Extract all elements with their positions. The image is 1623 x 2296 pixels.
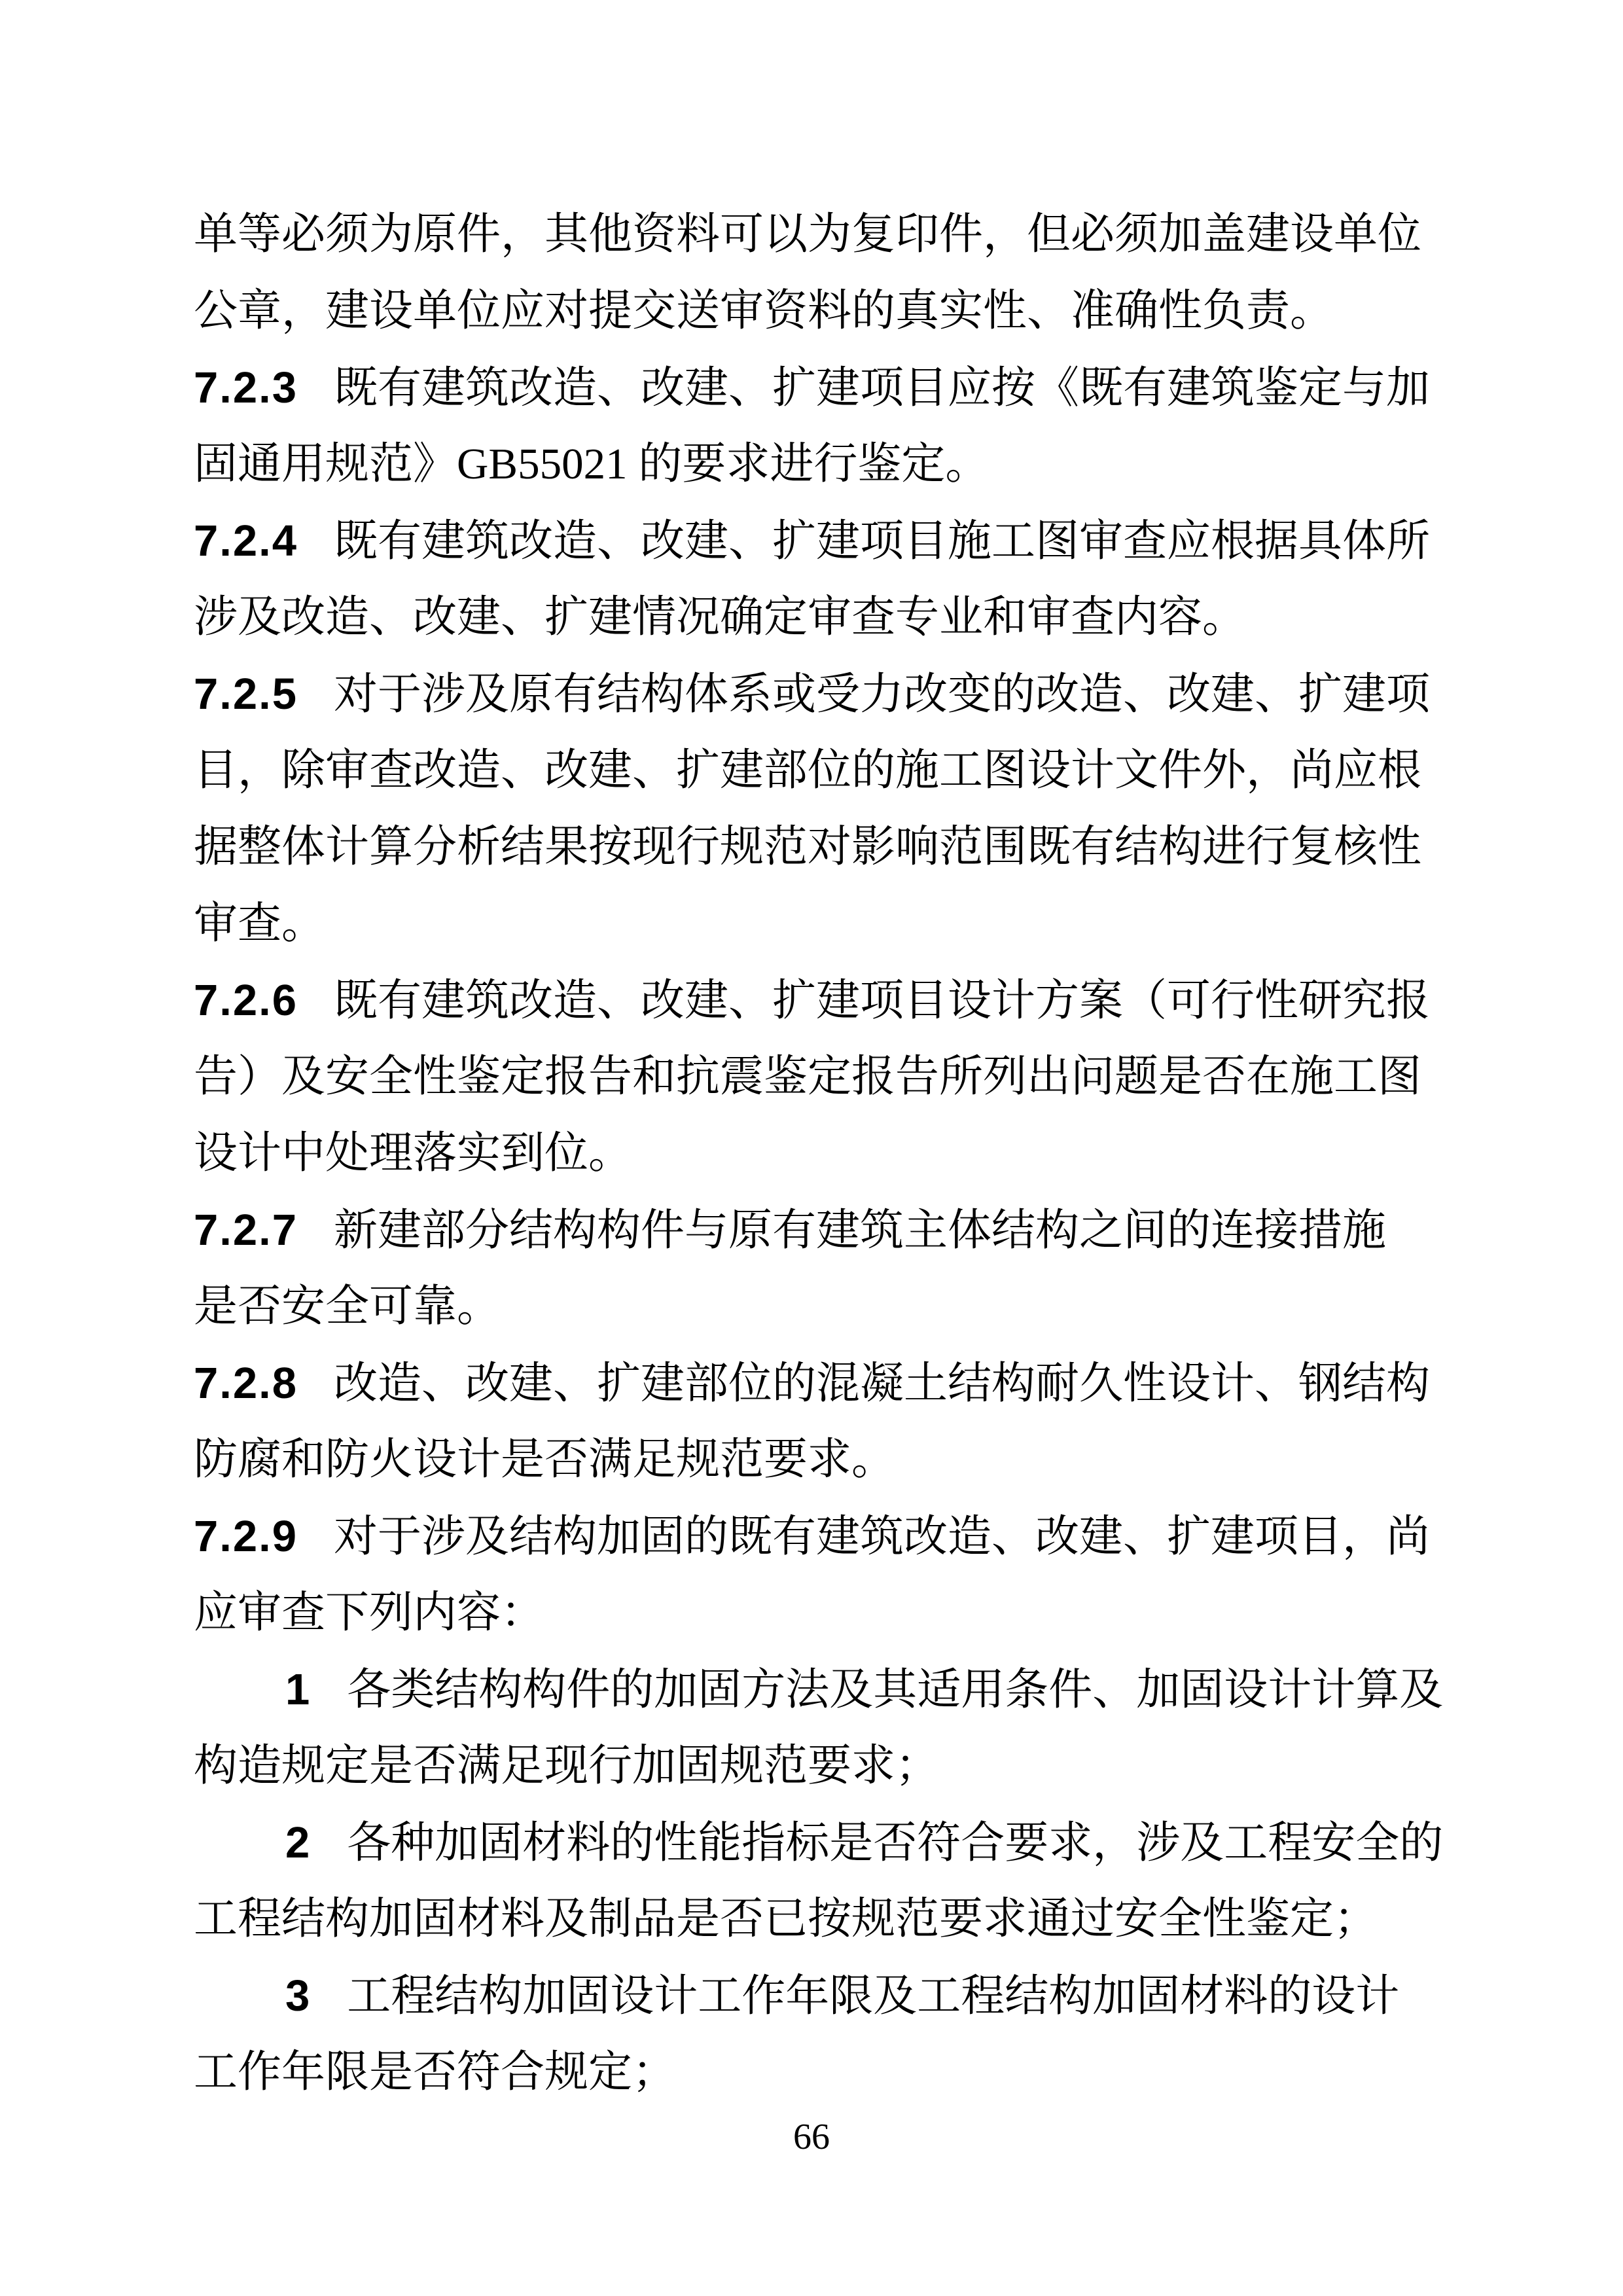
line-text: 既有建筑改造、改建、扩建项目施工图审查应根据具体所 [334,517,1430,565]
line-text: 改造、改建、扩建部位的混凝土结构耐久性设计、钢结构 [334,1359,1430,1408]
text-line: 7.2.5对于涉及原有结构体系或受力改变的改造、改建、扩建项 [194,656,1414,732]
text-line: 7.2.3既有建筑改造、改建、扩建项目应按《既有建筑鉴定与加 [194,350,1414,426]
text-line: 7.2.8改造、改建、扩建部位的混凝土结构耐久性设计、钢结构 [194,1345,1414,1422]
text-line: 据整体计算分析结果按现行规范对影响范围既有结构进行复核性 [194,809,1414,886]
text-line: 告）及安全性鉴定报告和抗震鉴定报告所列出问题是否在施工图 [194,1039,1414,1115]
line-text: 对于涉及原有结构体系或受力改变的改造、改建、扩建项 [334,670,1430,719]
section-number: 7.2.6 [194,976,298,1025]
text-line: 固通用规范》GB55021 的要求进行鉴定。 [194,426,1414,503]
text-line: 是否安全可靠。 [194,1268,1414,1345]
line-text: 防腐和防火设计是否满足规范要求。 [194,1435,895,1484]
text-line: 设计中处理落实到位。 [194,1115,1414,1192]
item-number: 1 [285,1665,311,1714]
line-text: 告）及安全性鉴定报告和抗震鉴定报告所列出问题是否在施工图 [194,1052,1421,1101]
text-line: 审查。 [194,886,1414,962]
text-line: 1各类结构构件的加固方法及其适用条件、加固设计计算及 [194,1651,1414,1728]
line-text: 固通用规范》GB55021 的要求进行鉴定。 [194,440,989,488]
line-text: 审查。 [194,899,325,948]
line-text: 各类结构构件的加固方法及其适用条件、加固设计计算及 [347,1666,1443,1714]
section-number: 7.2.3 [194,363,298,412]
text-line: 7.2.7新建部分结构构件与原有建筑主体结构之间的连接措施 [194,1192,1414,1268]
line-text: 工程结构加固材料及制品是否已按规范要求通过安全性鉴定； [194,1895,1378,1943]
line-text: 涉及改造、改建、扩建情况确定审查专业和审查内容。 [194,593,1246,641]
text-line: 2各种加固材料的性能指标是否符合要求，涉及工程安全的 [194,1804,1414,1881]
line-text: 单等必须为原件，其他资料可以为复印件，但必须加盖建设单位 [194,210,1421,259]
item-number: 3 [285,1971,311,2020]
text-line: 构造规定是否满足现行加固规范要求； [194,1728,1414,1804]
line-text: 新建部分结构构件与原有建筑主体结构之间的连接措施 [334,1206,1386,1255]
text-line: 单等必须为原件，其他资料可以为复印件，但必须加盖建设单位 [194,196,1414,273]
text-line: 7.2.6既有建筑改造、改建、扩建项目设计方案（可行性研究报 [194,962,1414,1039]
text-line: 3工程结构加固设计工作年限及工程结构加固材料的设计 [194,1958,1414,2034]
text-line: 应审查下列内容： [194,1575,1414,1651]
line-text: 目，除审查改造、改建、扩建部位的施工图设计文件外，尚应根 [194,746,1421,795]
page-number: 66 [0,2114,1623,2160]
line-text: 公章，建设单位应对提交送审资料的真实性、准确性负责。 [194,287,1334,335]
text-line: 涉及改造、改建、扩建情况确定审查专业和审查内容。 [194,579,1414,656]
section-number: 7.2.7 [194,1206,298,1255]
text-line: 工程结构加固材料及制品是否已按规范要求通过安全性鉴定； [194,1881,1414,1958]
line-text: 各种加固材料的性能指标是否符合要求，涉及工程安全的 [347,1819,1443,1867]
text-block: 单等必须为原件，其他资料可以为复印件，但必须加盖建设单位 公章，建设单位应对提交… [194,196,1414,2111]
text-line: 公章，建设单位应对提交送审资料的真实性、准确性负责。 [194,273,1414,350]
section-number: 7.2.8 [194,1359,298,1408]
line-text: 既有建筑改造、改建、扩建项目设计方案（可行性研究报 [334,977,1430,1025]
line-text: 据整体计算分析结果按现行规范对影响范围既有结构进行复核性 [194,823,1421,871]
line-text: 应审查下列内容： [194,1588,544,1637]
item-number: 2 [285,1818,311,1867]
line-text: 工程结构加固设计工作年限及工程结构加固材料的设计 [347,1972,1399,2020]
line-text: 对于涉及结构加固的既有建筑改造、改建、扩建项目，尚 [334,1513,1430,1561]
text-line: 工作年限是否符合规定； [194,2034,1414,2111]
section-number: 7.2.9 [194,1512,298,1561]
text-line: 防腐和防火设计是否满足规范要求。 [194,1422,1414,1498]
text-line: 7.2.9对于涉及结构加固的既有建筑改造、改建、扩建项目，尚 [194,1498,1414,1575]
line-text: 既有建筑改造、改建、扩建项目应按《既有建筑鉴定与加 [334,364,1430,412]
line-text: 工作年限是否符合规定； [194,2048,676,2096]
line-text: 构造规定是否满足现行加固规范要求； [194,1742,939,1790]
text-line: 7.2.4既有建筑改造、改建、扩建项目施工图审查应根据具体所 [194,503,1414,579]
section-number: 7.2.5 [194,670,298,719]
line-text: 设计中处理落实到位。 [194,1129,632,1177]
document-page: 单等必须为原件，其他资料可以为复印件，但必须加盖建设单位 公章，建设单位应对提交… [0,0,1623,2296]
line-text: 是否安全可靠。 [194,1282,501,1331]
text-line: 目，除审查改造、改建、扩建部位的施工图设计文件外，尚应根 [194,732,1414,809]
section-number: 7.2.4 [194,516,298,565]
